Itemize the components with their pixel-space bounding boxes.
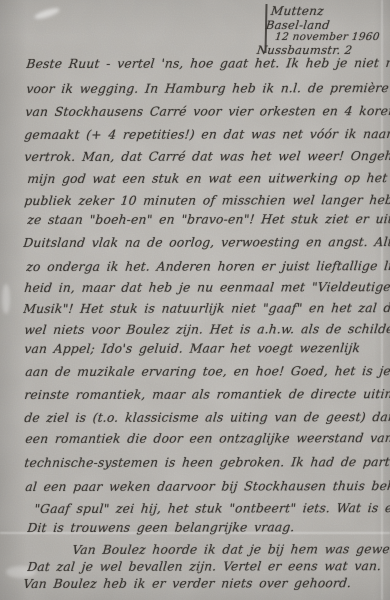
letter-line: aan de muzikale ervaring toe, en hoe! Go… (24, 364, 390, 386)
letter-line: van Appel; Ido's geluid. Maar het voegt … (23, 341, 390, 363)
letter-line: Duitsland vlak na de oorlog, verwoesting… (22, 235, 390, 257)
letter-date: 12 november 1960 (274, 31, 380, 43)
letter-line: van Stockhausens Carré voor vier orkeste… (24, 104, 390, 126)
letter-page: Muttenz Basel-land 12 november 1960 Nuss… (0, 0, 390, 600)
letter-line: een romantiek die door een ontzaglijke w… (24, 431, 390, 453)
letter-line: Dit is trouwens geen belangrijke vraag. (26, 520, 390, 542)
sender-street: Nussbaumstr. 2 (256, 43, 353, 57)
letter-line: de ziel is (t.o. klassicisme als uiting … (23, 410, 390, 432)
letter-line: Beste Ruut - vertel 'ns, hoe gaat het. I… (25, 56, 390, 78)
letter-line: Van Boulez heb ik er verder niets over g… (22, 576, 390, 598)
paper-speck (34, 6, 61, 21)
letter-line: mijn god wat een stuk en wat een uitwerk… (26, 171, 390, 193)
letter-line: gemaakt (+ 4 repetities!) en dat was net… (23, 127, 390, 149)
letter-line: zo onderga ik het. Anderen horen er juis… (25, 259, 390, 281)
letter-line: vertrok. Man, dat Carré dat was het wel … (23, 149, 390, 171)
letter-line: voor ik wegging. In Hamburg heb ik n.l. … (25, 81, 390, 103)
letter-line: reinste romantiek, maar als romantiek de… (23, 387, 390, 409)
paper-speck (2, 284, 10, 314)
sender-city: Muttenz (270, 4, 325, 18)
sender-region: Basel-land (265, 18, 331, 32)
letter-line: ze staan "boeh-en" en "bravo-en"! Het st… (26, 212, 390, 234)
letter-line: al een paar weken daarvoor bij Stockhaus… (24, 479, 390, 501)
letter-line: heid in, maar dat heb je nu eenmaal met … (23, 280, 390, 302)
letter-line: Musik"! Het stuk is natuurlijk niet "gaa… (22, 301, 390, 323)
letter-line: technische-systemen is heen gebroken. Ik… (23, 455, 390, 477)
